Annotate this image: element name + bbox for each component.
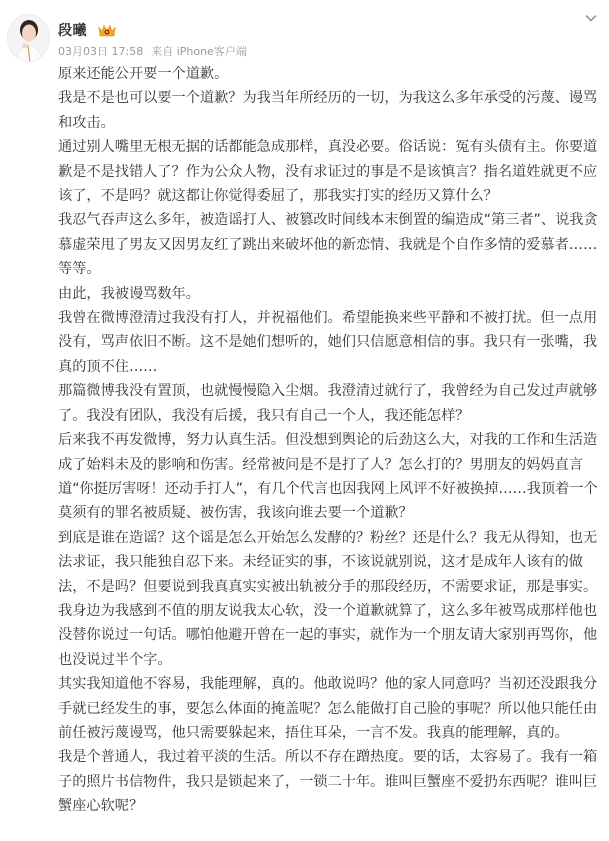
post-paragraph: 原来还能公开要一个道歉。: [58, 62, 600, 86]
post-paragraph: 我是个普通人，我过着平淡的生活。所以不存在蹭热度。要的话，太容易了。我有一箱子的…: [58, 745, 600, 818]
crown-icon[interactable]: [97, 22, 117, 38]
post-paragraph: 我是不是也可以要一个道歉？为我当年所经历的一切，为我这么多年承受的污蔑、谩骂和攻…: [58, 86, 600, 135]
post-paragraph: 到底是谁在造谣？这个谣是怎么开始怎么发酵的？粉丝？还是什么？我无从得知，也无法求…: [58, 526, 600, 599]
post-paragraph: 我曾在微博澄清过我没有打人，并祝福他们。希望能换来些平静和不被打扰。但一点用没有…: [58, 306, 600, 379]
avatar-photo-icon: [8, 15, 50, 62]
chevron-down-icon[interactable]: [583, 10, 599, 24]
post-paragraph: 我忍气吞声这么多年，被造谣打人、被篡改时间线本末倒置的编造成“第三者”、说我贪慕…: [58, 208, 600, 281]
post-body: 原来还能公开要一个道歉。 我是不是也可以要一个道歉？为我当年所经历的一切，为我这…: [58, 62, 600, 819]
post-paragraph: 其实我知道他不容易，我能理解，真的。他敢说吗？他的家人同意吗？当初还没跟我分手就…: [58, 672, 600, 745]
post-paragraph: 那篇微博我没有置顶，也就慢慢隐入尘烟。我澄清过就行了，我曾经为自己发过声就够了。…: [58, 379, 600, 428]
weibo-post-card: 段曦 03月03日 17:58来自 iPhone客户端 原来还能公开要: [0, 0, 609, 841]
post-paragraph: 通过别人嘴里无根无据的话都能急成那样，真没必要。俗话说：冤有头债有主。你要道歉是…: [58, 135, 600, 208]
post-header: 段曦 03月03日 17:58来自 iPhone客户端: [58, 20, 247, 59]
post-source[interactable]: 来自 iPhone客户端: [151, 45, 247, 58]
post-meta: 03月03日 17:58来自 iPhone客户端: [58, 43, 247, 59]
post-paragraph: 我身边为我感到不值的朋友说我太心软，没一个道歉就算了，这么多年被骂成那样他也没替…: [58, 599, 600, 672]
avatar[interactable]: [7, 14, 50, 62]
post-timestamp[interactable]: 03月03日 17:58: [58, 45, 143, 58]
post-paragraph: 由此，我被谩骂数年。: [58, 282, 600, 306]
author-row: 段曦: [58, 20, 247, 40]
author-name[interactable]: 段曦: [58, 20, 87, 40]
post-paragraph: 后来我不再发微博，努力认真生活。但没想到舆论的后劲这么大，对我的工作和生活造成了…: [58, 428, 600, 526]
